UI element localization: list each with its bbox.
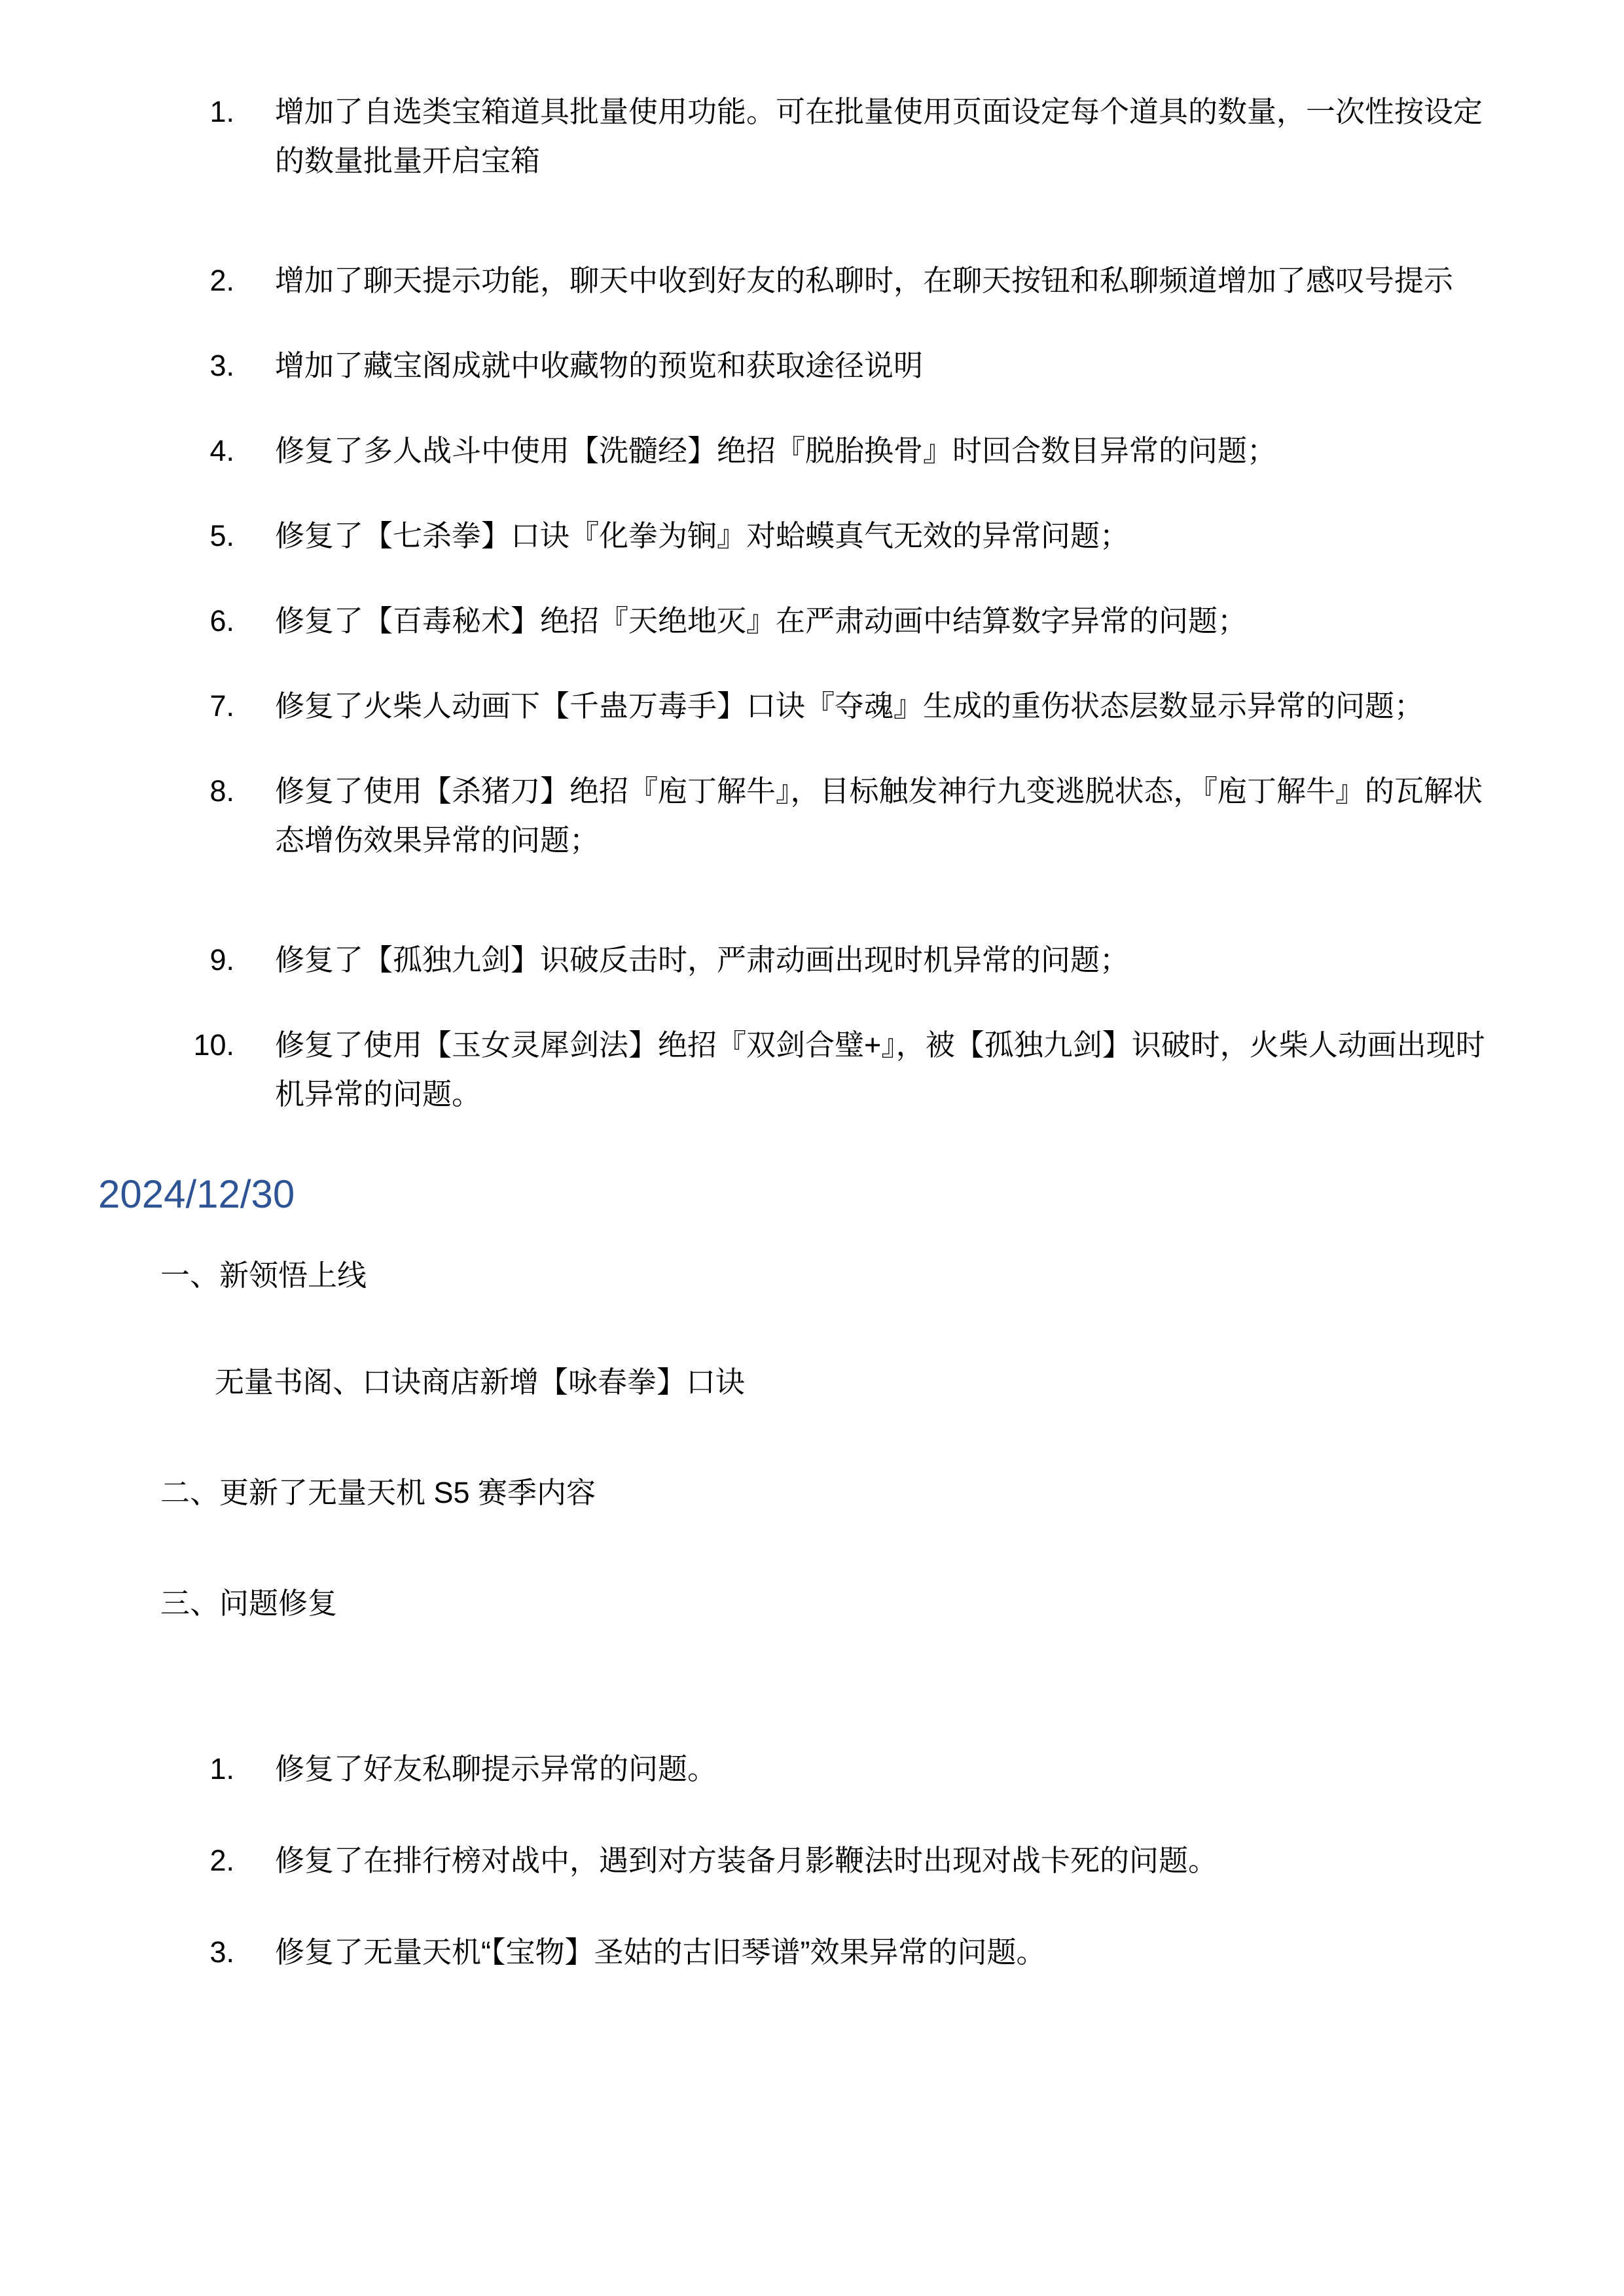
item-text: 修复了好友私聊提示异常的问题。 [234,1744,717,1793]
list-item: 2.增加了聊天提示功能，聊天中收到好友的私聊时，在聊天按钮和私聊频道增加了感叹号… [0,256,1624,305]
item-text: 修复了多人战斗中使用【洗髓经】绝招『脱胎换骨』时回合数目异常的问题； [234,426,1276,475]
section-new-insight: 一、新领悟上线 无量书阁、口诀商店新增【咏春拳】口诀 [0,1251,1624,1407]
item-text: 增加了自选类宝箱道具批量使用功能。可在批量使用页面设定每个道具的数量，一次性按设… [234,87,1483,185]
section-label: 三、问题修复 [160,1579,1624,1628]
section-bug-fixes: 三、问题修复 [0,1579,1624,1628]
item-number: 1. [0,1744,234,1793]
section-season-update: 二、更新了无量天机 S5 赛季内容 [0,1468,1624,1517]
item-number: 2. [0,1836,234,1885]
item-text: 修复了使用【玉女灵犀剑法】绝招『双剑合璧+』，被【孤独九剑】识破时，火柴人动画出… [234,1020,1485,1119]
item-text: 增加了藏宝阁成就中收藏物的预览和获取途径说明 [234,341,923,390]
item-text: 修复了无量天机“【宝物】圣姑的古旧琴谱”效果异常的问题。 [234,1928,1045,1977]
item-text: 修复了【百毒秘术】绝招『天绝地灭』在严肃动画中结算数字异常的问题； [234,596,1247,645]
item-number: 5. [0,511,234,560]
list-item: 2.修复了在排行榜对战中，遇到对方装备月影鞭法时出现对战卡死的问题。 [0,1836,1624,1885]
item-number: 8. [0,766,234,816]
item-text: 修复了在排行榜对战中，遇到对方装备月影鞭法时出现对战卡死的问题。 [234,1836,1218,1885]
item-text: 修复了【孤独九剑】识破反击时，严肃动画出现时机异常的问题； [234,935,1129,984]
list-item: 9.修复了【孤独九剑】识破反击时，严肃动画出现时机异常的问题； [0,935,1624,984]
section-body: 无量书阁、口诀商店新增【咏春拳】口诀 [215,1357,1624,1407]
list-item: 8.修复了使用【杀猪刀】绝招『庖丁解牛』，目标触发神行九变逃脱状态，『庖丁解牛』… [0,766,1624,865]
item-text: 增加了聊天提示功能，聊天中收到好友的私聊时，在聊天按钮和私聊频道增加了感叹号提示 [234,256,1453,305]
item-number: 9. [0,935,234,984]
item-text: 修复了【七杀拳】口诀『化拳为锏』对蛤蟆真气无效的异常问题； [234,511,1129,560]
section-label: 一、新领悟上线 [160,1251,1624,1300]
list-item: 3.增加了藏宝阁成就中收藏物的预览和获取途径说明 [0,341,1624,390]
item-number: 2. [0,256,234,305]
list-item: 1.增加了自选类宝箱道具批量使用功能。可在批量使用页面设定每个道具的数量，一次性… [0,87,1624,185]
fixes-list: 1.修复了好友私聊提示异常的问题。2.修复了在排行榜对战中，遇到对方装备月影鞭法… [0,1689,1624,1977]
date-heading: 2024/12/30 [98,1168,1624,1221]
changelog-list: 1.增加了自选类宝箱道具批量使用功能。可在批量使用页面设定每个道具的数量，一次性… [0,0,1624,1119]
list-item: 6.修复了【百毒秘术】绝招『天绝地灭』在严肃动画中结算数字异常的问题； [0,596,1624,645]
list-item: 1.修复了好友私聊提示异常的问题。 [0,1744,1624,1793]
list-item: 7.修复了火柴人动画下【千蛊万毒手】口诀『夺魂』生成的重伤状态层数显示异常的问题… [0,681,1624,730]
item-text: 修复了火柴人动画下【千蛊万毒手】口诀『夺魂』生成的重伤状态层数显示异常的问题； [234,681,1424,730]
item-number: 6. [0,596,234,645]
item-number: 4. [0,426,234,475]
item-number: 3. [0,341,234,390]
list-item: 5.修复了【七杀拳】口诀『化拳为锏』对蛤蟆真气无效的异常问题； [0,511,1624,560]
item-number: 3. [0,1928,234,1977]
item-number: 10. [0,1020,234,1069]
section-label: 二、更新了无量天机 S5 赛季内容 [160,1468,1624,1517]
item-number: 1. [0,87,234,136]
list-item: 4.修复了多人战斗中使用【洗髓经】绝招『脱胎换骨』时回合数目异常的问题； [0,426,1624,475]
item-number: 7. [0,681,234,730]
document-page: 1.增加了自选类宝箱道具批量使用功能。可在批量使用页面设定每个道具的数量，一次性… [0,0,1624,2296]
list-item: 10.修复了使用【玉女灵犀剑法】绝招『双剑合璧+』，被【孤独九剑】识破时，火柴人… [0,1020,1624,1119]
item-text: 修复了使用【杀猪刀】绝招『庖丁解牛』，目标触发神行九变逃脱状态，『庖丁解牛』的瓦… [234,766,1483,865]
list-item: 3.修复了无量天机“【宝物】圣姑的古旧琴谱”效果异常的问题。 [0,1928,1624,1977]
